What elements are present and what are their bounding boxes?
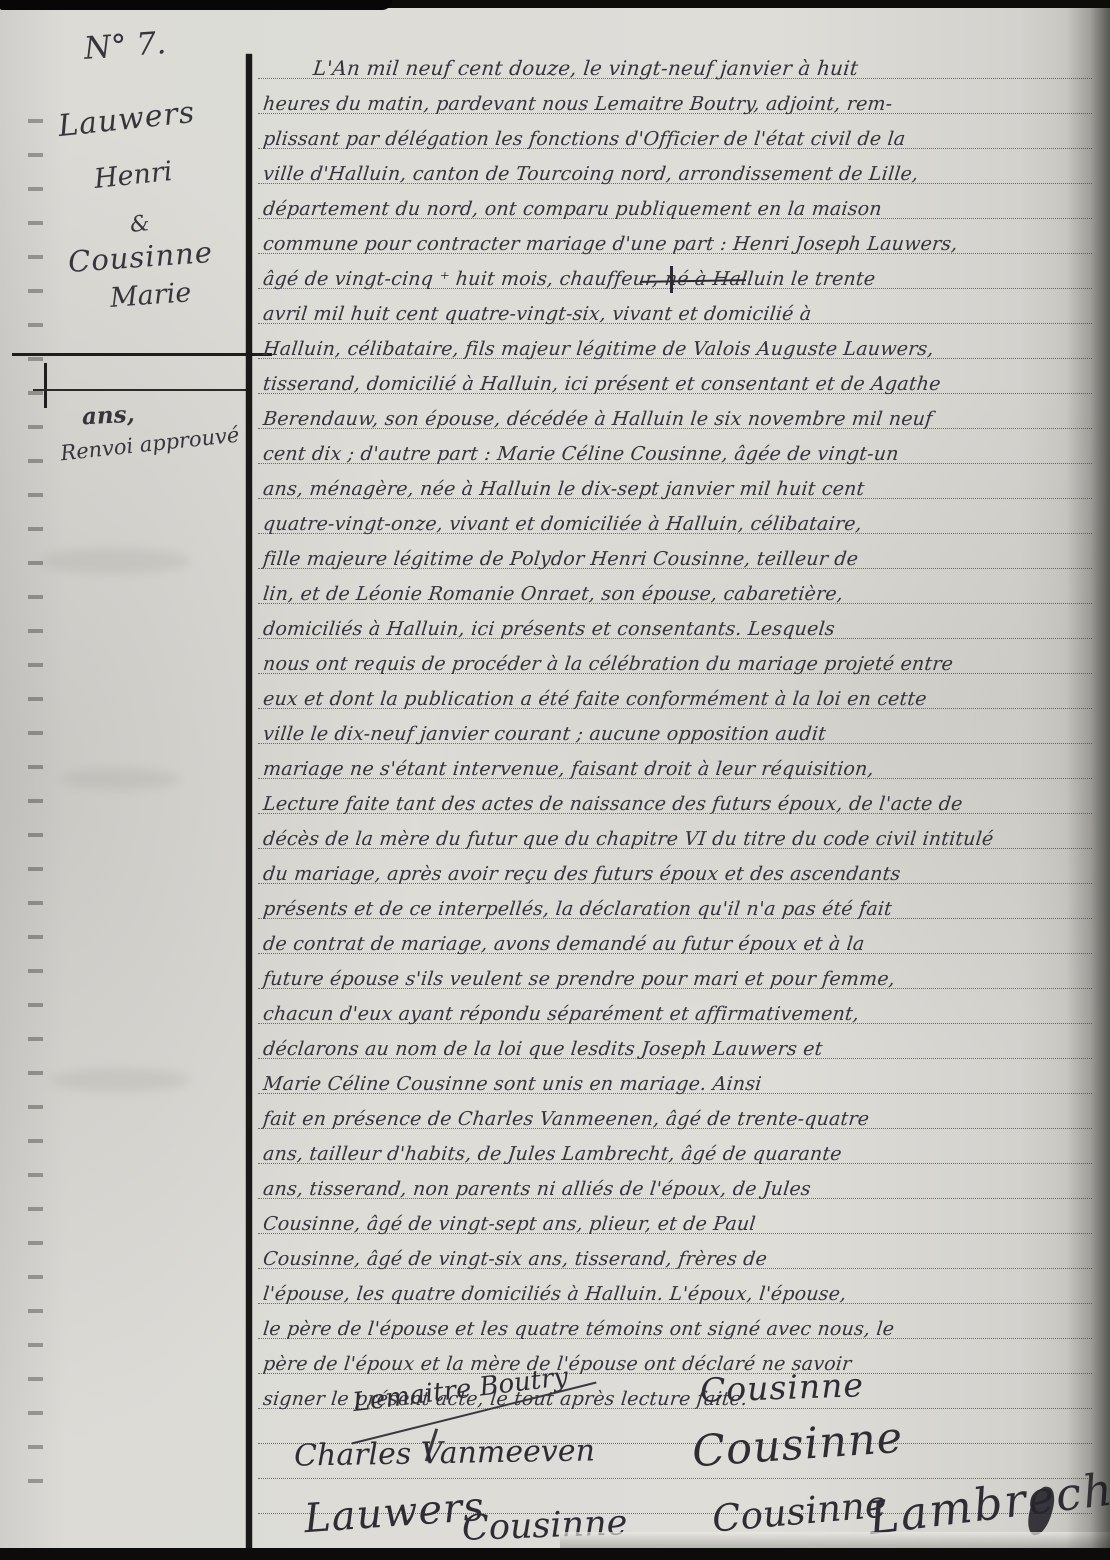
line-text: département du nord, ont comparu publiqu… [262,198,883,220]
page-bottom-edge [560,1532,1110,1548]
line-text: l'épouse, les quatre domiciliés à Hallui… [262,1283,848,1305]
margin-column: N° 7. Lauwers Henri & Cousinne Marie ans… [0,8,246,1548]
handwritten-line: domiciliés à Halluin, ici présents et co… [258,604,1092,639]
handwritten-line: mariage ne s'étant intervenue, faisant d… [258,744,1092,779]
line-text: ville le dix-neuf janvier courant ; aucu… [262,723,827,745]
line-text: Cousinne, âgé de vingt-sept ans, plieur,… [262,1213,757,1235]
line-text: heures du matin, pardevant nous Lemaitre… [262,93,894,115]
handwritten-line: eux et dont la publication a été faite c… [258,674,1092,709]
line-text: ville d'Halluin, canton de Tourcoing nor… [262,163,919,185]
signature-cousinne-1: Cousinne [699,1365,864,1410]
handwritten-line: Halluin, célibataire, fils majeur légiti… [258,324,1092,359]
line-text: tisserand, domicilié à Halluin, ici prés… [262,373,942,395]
page-gutter-shadow [1066,8,1110,1548]
line-text: commune pour contracter mariage d'une pa… [262,233,959,255]
scan-border-top [0,0,392,10]
handwritten-line: Lecture faite tant des actes de naissanc… [258,779,1092,814]
act-body: L'An mil neuf cent douze, le vingt-neuf … [258,44,1092,1514]
handwritten-line: fait en présence de Charles Vanmeenen, â… [258,1094,1092,1129]
line-text: Lecture faite tant des actes de naissanc… [262,793,964,815]
handwritten-line: ville le dix-neuf janvier courant ; aucu… [258,709,1092,744]
line-text: plissant par délégation les fonctions d'… [262,128,907,150]
handwritten-line: présents et de ce interpellés, la déclar… [258,884,1092,919]
margin-rule [12,353,272,356]
scanned-register-page: N° 7. Lauwers Henri & Cousinne Marie ans… [0,0,1110,1560]
line-text: déclarons au nom de la loi que lesdits J… [262,1038,824,1060]
handwritten-line: Marie Céline Cousinne sont unis en maria… [258,1059,1092,1094]
insertion-caret-mark [670,266,673,293]
line-text: L'An mil neuf cent douze, le vingt-neuf … [262,56,859,80]
handwritten-line: tisserand, domicilié à Halluin, ici prés… [258,359,1092,394]
line-text: ans, tisserand, non parents ni alliés de… [262,1178,812,1200]
handwritten-line: Cousinne, âgé de vingt-sept ans, plieur,… [258,1199,1092,1234]
paper: N° 7. Lauwers Henri & Cousinne Marie ans… [0,8,1110,1548]
act-number: N° 7. [83,25,167,67]
handwritten-line: chacun d'eux ayant répondu séparément et… [258,989,1092,1024]
renvoi-word: ans, [81,401,135,431]
handwritten-line: père de l'époux et la mère de l'épouse o… [258,1339,1092,1374]
line-text: Berendauw, son épouse, décédée à Halluin… [262,408,934,430]
line-text: le père de l'épouse et les quatre témoin… [262,1318,895,1340]
line-text: cent dix ; d'autre part : Marie Céline C… [262,443,900,465]
line-text: fille majeure légitime de Polydor Henri … [262,548,859,570]
handwritten-line: plissant par délégation les fonctions d'… [258,114,1092,149]
line-text: avril mil huit cent quatre-vingt-six, vi… [262,303,813,325]
handwritten-line: l'épouse, les quatre domiciliés à Hallui… [258,1269,1092,1304]
bride-surname: Cousinne [67,235,214,279]
handwritten-line: L'An mil neuf cent douze, le vingt-neuf … [258,44,1092,79]
handwritten-line: avril mil huit cent quatre-vingt-six, vi… [258,289,1092,324]
line-text: Halluin, célibataire, fils majeur légiti… [262,338,935,360]
line-text: fait en présence de Charles Vanmeenen, â… [262,1108,870,1130]
bride-firstname: Marie [109,277,192,314]
handwritten-line: ans, tisserand, non parents ni alliés de… [258,1164,1092,1199]
line-text: nous ont requis de procéder à la célébra… [262,653,954,675]
line-text: présents et de ce interpellés, la déclar… [262,898,893,920]
line-text: lin, et de Léonie Romanie Onraet, son ép… [262,583,844,605]
ampersand: & [129,211,151,238]
line-text: ans, tailleur d'habits, de Jules Lambrec… [262,1143,843,1165]
handwritten-line: future épouse s'ils veulent se prendre p… [258,954,1092,989]
handwritten-line: âgé de vingt-cinq ⁺ huit mois, chauffeur… [258,254,1092,289]
line-text: ans, ménagère, née à Halluin le dix-sept… [262,478,866,500]
handwritten-line: de contrat de mariage, avons demandé au … [258,919,1092,954]
handwritten-line: du mariage, après avoir reçu des futurs … [258,849,1092,884]
handwritten-line: heures du matin, pardevant nous Lemaitre… [258,79,1092,114]
line-text: eux et dont la publication a été faite c… [262,688,928,710]
handwritten-line: le père de l'épouse et les quatre témoin… [258,1304,1092,1339]
margin-rule [33,389,247,391]
handwritten-line: cent dix ; d'autre part : Marie Céline C… [258,429,1092,464]
groom-surname: Lauwers [57,95,197,144]
line-text: future épouse s'ils veulent se prendre p… [262,968,896,990]
signature-vanmeeven: Charles Vanmeeven [294,1433,595,1473]
handwritten-line: Berendauw, son épouse, décédée à Halluin… [258,394,1092,429]
line-text: âgé de vingt-cinq ⁺ huit mois, chauffeur… [262,268,876,290]
handwritten-line: ville d'Halluin, canton de Tourcoing nor… [258,149,1092,184]
handwritten-line: lin, et de Léonie Romanie Onraet, son ép… [258,569,1092,604]
separator-rule [246,54,252,1548]
line-text: mariage ne s'étant intervenue, faisant d… [262,758,875,780]
line-text: domiciliés à Halluin, ici présents et co… [262,618,836,640]
handwritten-line: Cousinne, âgé de vingt-six ans, tisseran… [258,1234,1092,1269]
line-text: de contrat de mariage, avons demandé au … [262,933,866,955]
handwritten-line: commune pour contracter mariage d'une pa… [258,219,1092,254]
handwritten-line: décès de la mère du futur que du chapitr… [258,814,1092,849]
handwritten-line: quatre-vingt-onze, vivant et domiciliée … [258,499,1092,534]
groom-firstname: Henri [93,156,174,195]
line-text: du mariage, après avoir reçu des futurs … [262,863,902,885]
insertion-reference-mark [44,363,47,408]
handwritten-line: département du nord, ont comparu publiqu… [258,184,1092,219]
handwritten-line: fille majeure légitime de Polydor Henri … [258,534,1092,569]
line-text: quatre-vingt-onze, vivant et domiciliée … [262,513,863,535]
handwritten-line: déclarons au nom de la loi que lesdits J… [258,1024,1092,1059]
handwritten-line: ans, tailleur d'habits, de Jules Lambrec… [258,1129,1092,1164]
line-text: chacun d'eux ayant répondu séparément et… [262,1003,860,1025]
handwritten-line: nous ont requis de procéder à la célébra… [258,639,1092,674]
line-text: Marie Céline Cousinne sont unis en maria… [262,1073,763,1095]
handwritten-line: ans, ménagère, née à Halluin le dix-sept… [258,464,1092,499]
line-text: Cousinne, âgé de vingt-six ans, tisseran… [262,1248,768,1270]
line-text: décès de la mère du futur que du chapitr… [262,828,995,850]
